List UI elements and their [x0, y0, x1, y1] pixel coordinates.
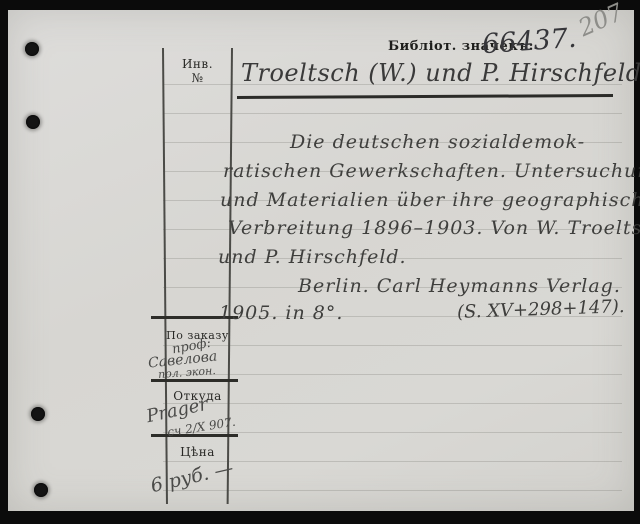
title-line: Verbreitung 1896–1903. Von W. Troeltsch — [228, 217, 640, 239]
scanned-catalog-card-page: Библіот. значекъ: 66437. 207 Troeltsch (… — [0, 0, 640, 524]
inventory-label-line2: № — [163, 71, 232, 85]
price-label: Цѣна — [163, 445, 232, 459]
title-line: und Materialien über ihre geographische — [220, 189, 640, 211]
punch-hole — [34, 483, 48, 497]
punch-hole — [26, 115, 40, 129]
inventory-label-line1: Инв. — [163, 57, 232, 71]
publisher-line: Berlin. Carl Heymanns Verlag. — [298, 275, 621, 297]
inventory-number-label: Инв. № — [163, 57, 232, 85]
year-format-line: 1905. in 8°. — [219, 302, 343, 324]
library-stamp-number: 66437. — [481, 23, 577, 61]
punch-hole — [31, 407, 45, 421]
title-line: ratischen Gewerkschaften. Untersuchungen — [223, 160, 640, 182]
author-heading: Troeltsch (W.) und P. Hirschfeld. — [241, 59, 640, 87]
punch-hole — [25, 42, 39, 56]
title-line: Die deutschen sozialdemok- — [290, 131, 585, 153]
title-line: und P. Hirschfeld. — [218, 246, 407, 268]
